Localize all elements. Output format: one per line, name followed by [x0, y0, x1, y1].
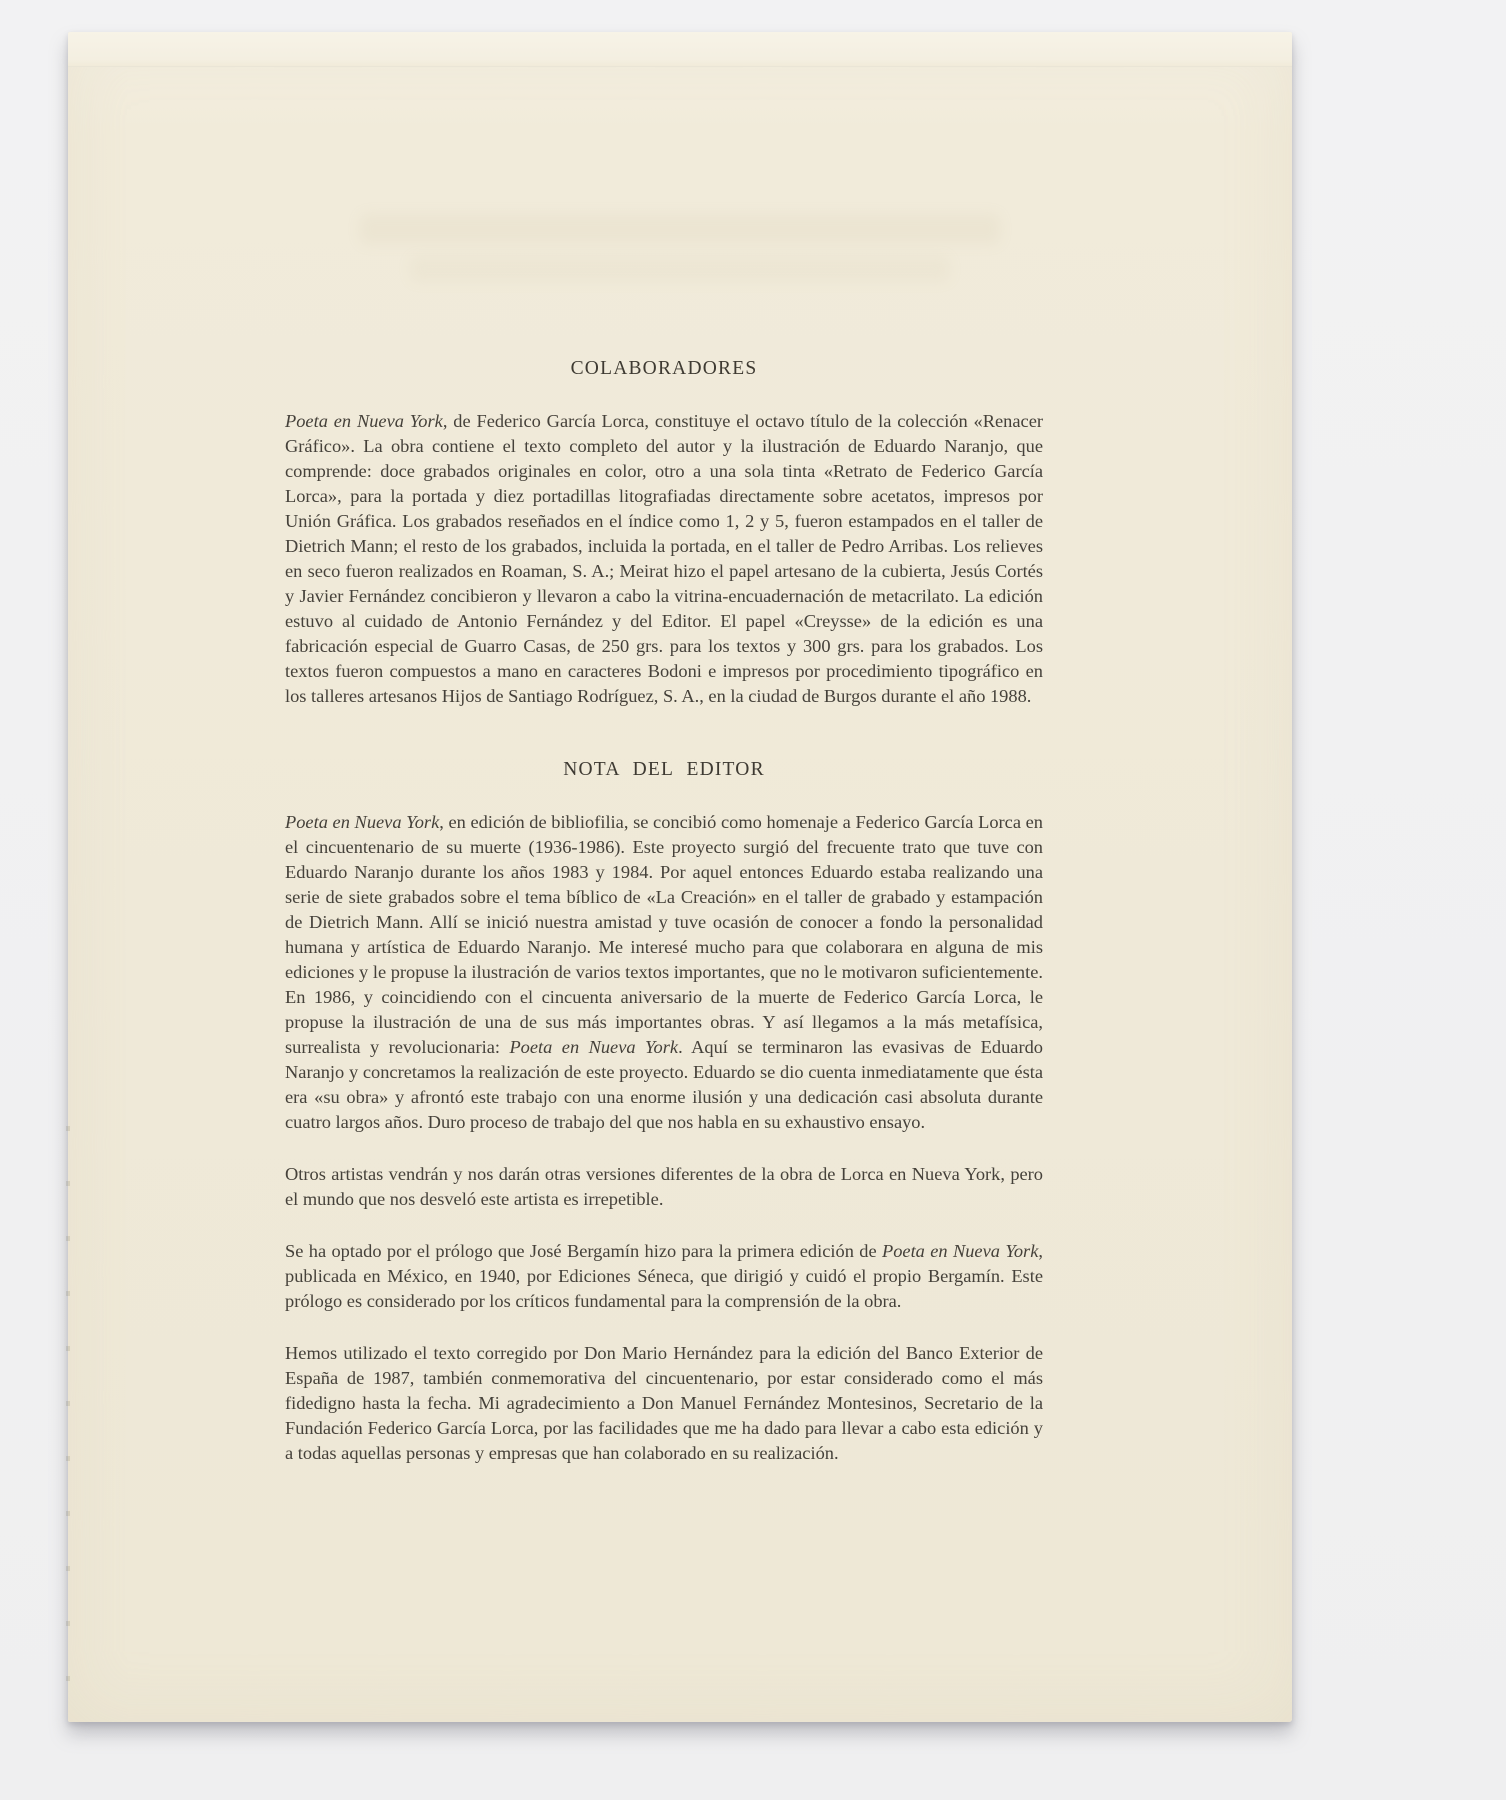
text-run: Hemos utilizado el texto corregido por D… [285, 1343, 1043, 1463]
text-run: Se ha optado por el prólogo que José Ber… [285, 1241, 882, 1261]
italic-book-title: Poeta en Nueva York [509, 1037, 678, 1057]
section-heading-nota-del-editor: NOTA DEL EDITOR [285, 759, 1043, 781]
paper-deckled-left-edge [66, 1102, 70, 1722]
scan-background: COLABORADORES Poeta en Nueva York, de Fe… [0, 0, 1506, 1800]
section-colaboradores: COLABORADORES Poeta en Nueva York, de Fe… [285, 358, 1043, 709]
italic-book-title: Poeta en Nueva York [882, 1241, 1038, 1261]
paragraph-editor-note-4: Hemos utilizado el texto corregido por D… [285, 1341, 1043, 1466]
paragraph-colophon: Poeta en Nueva York, de Federico García … [285, 409, 1043, 709]
paragraph-editor-note-2: Otros artistas vendrán y nos darán otras… [285, 1162, 1043, 1212]
section-heading-colaboradores: COLABORADORES [285, 358, 1043, 380]
text-run: , de Federico García Lorca, constituye e… [285, 411, 1043, 706]
paragraph-editor-note-1: Poeta en Nueva York, en edición de bibli… [285, 810, 1043, 1135]
italic-book-title: Poeta en Nueva York [285, 812, 439, 832]
italic-book-title: Poeta en Nueva York [285, 411, 443, 431]
text-run: , en edición de bibliofilia, se concibió… [285, 812, 1043, 1057]
page-content: COLABORADORES Poeta en Nueva York, de Fe… [285, 32, 1043, 1466]
text-run: Otros artistas vendrán y nos darán otras… [285, 1164, 1043, 1209]
section-nota-del-editor: NOTA DEL EDITOR Poeta en Nueva York, en … [285, 759, 1043, 1466]
page-paper: COLABORADORES Poeta en Nueva York, de Fe… [68, 32, 1292, 1722]
paragraph-editor-note-3: Se ha optado por el prólogo que José Ber… [285, 1239, 1043, 1314]
